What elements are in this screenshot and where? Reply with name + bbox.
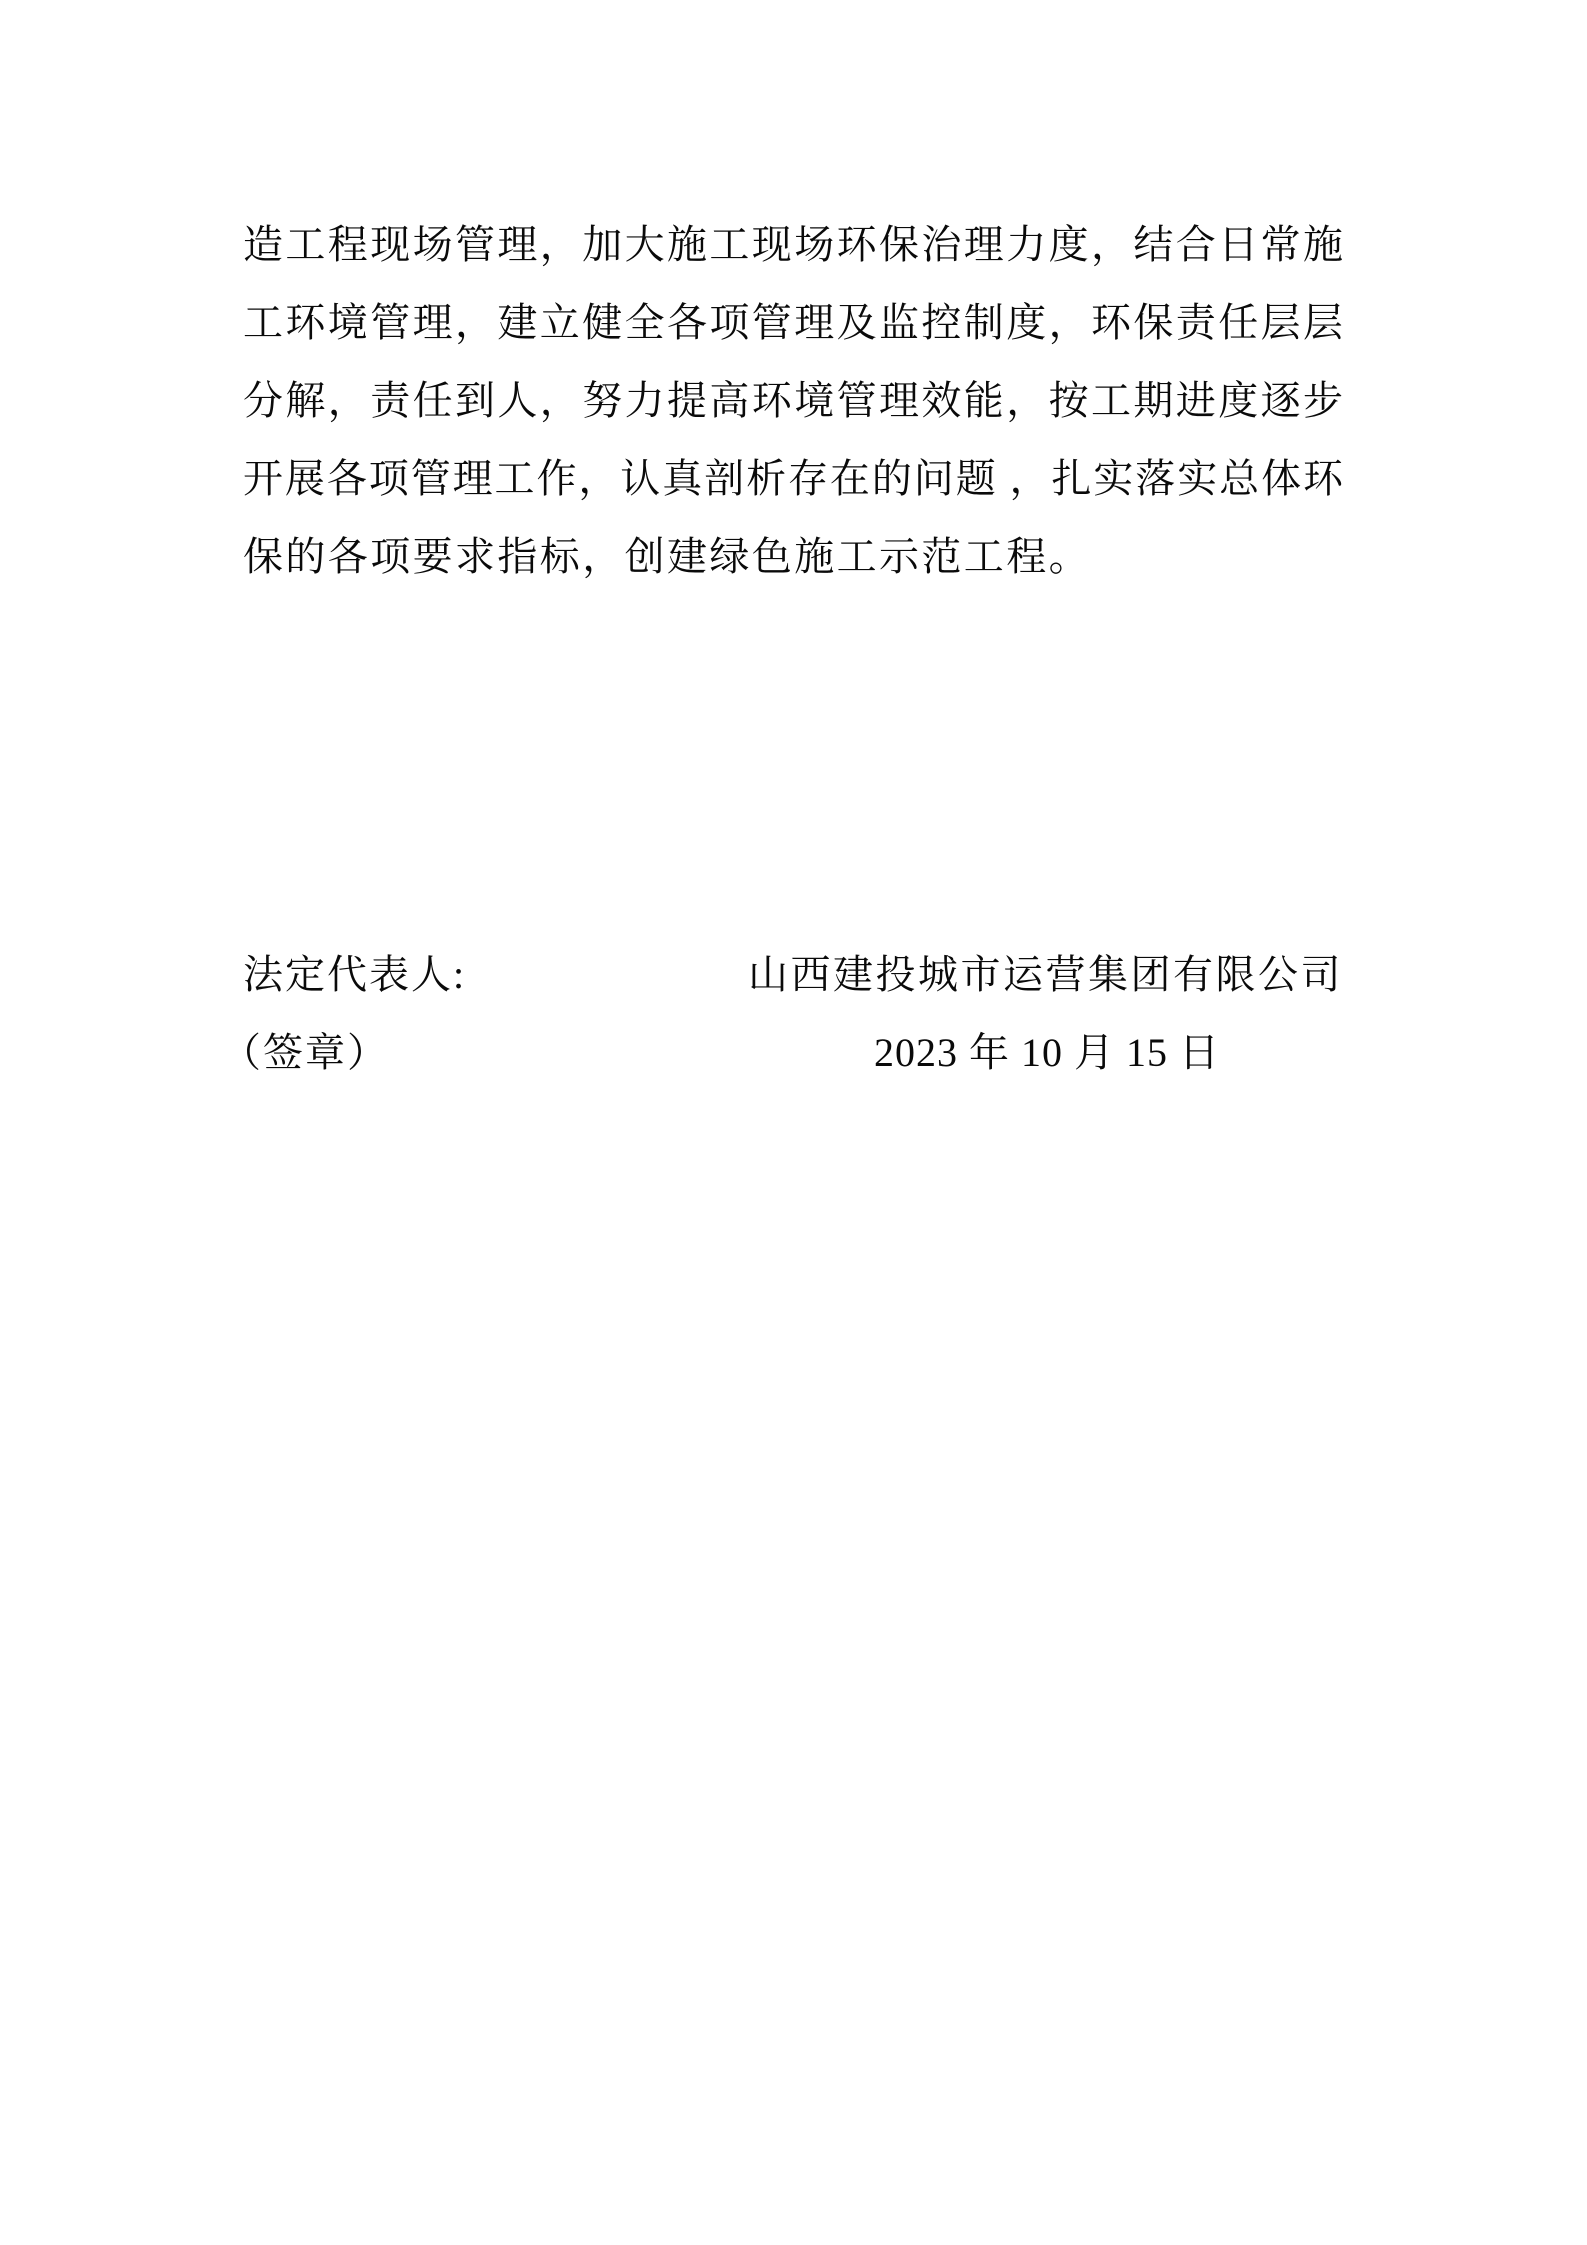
body-paragraph: 造工程现场管理，加大施工现场环保治理力度，结合日常施 工环境管理，建立健全各项管… <box>243 206 1343 596</box>
signature-block: 法定代表人: 山西建投城市运营集团有限公司 （签章） 2023 年 10 月 1… <box>243 936 1343 1092</box>
document-content: 造工程现场管理，加大施工现场环保治理力度，结合日常施 工环境管理，建立健全各项管… <box>243 206 1343 1092</box>
signature-row-representative: 法定代表人: 山西建投城市运营集团有限公司 <box>243 936 1343 1014</box>
company-name: 山西建投城市运营集团有限公司 <box>748 936 1343 1014</box>
paragraph-line-1: 造工程现场管理，加大施工现场环保治理力度，结合日常施 <box>243 206 1343 284</box>
paragraph-line-2: 工环境管理，建立健全各项管理及监控制度，环保责任层层 <box>243 284 1343 362</box>
legal-representative-label: 法定代表人: <box>243 936 466 1014</box>
paragraph-line-4: 开展各项管理工作，认真剖析存在的问题 ，扎实落实总体环 <box>243 440 1343 518</box>
signature-row-seal-date: （签章） 2023 年 10 月 15 日 <box>243 1014 1343 1092</box>
paragraph-line-3: 分解，责任到人，努力提高环境管理效能，按工期进度逐步 <box>243 362 1343 440</box>
signature-date: 2023 年 10 月 15 日 <box>751 1014 1343 1092</box>
document-page: 造工程现场管理，加大施工现场环保治理力度，结合日常施 工环境管理，建立健全各项管… <box>0 0 1587 2245</box>
seal-label: （签章） <box>221 1014 389 1092</box>
paragraph-line-5: 保的各项要求指标，创建绿色施工示范工程。 <box>243 518 1343 596</box>
